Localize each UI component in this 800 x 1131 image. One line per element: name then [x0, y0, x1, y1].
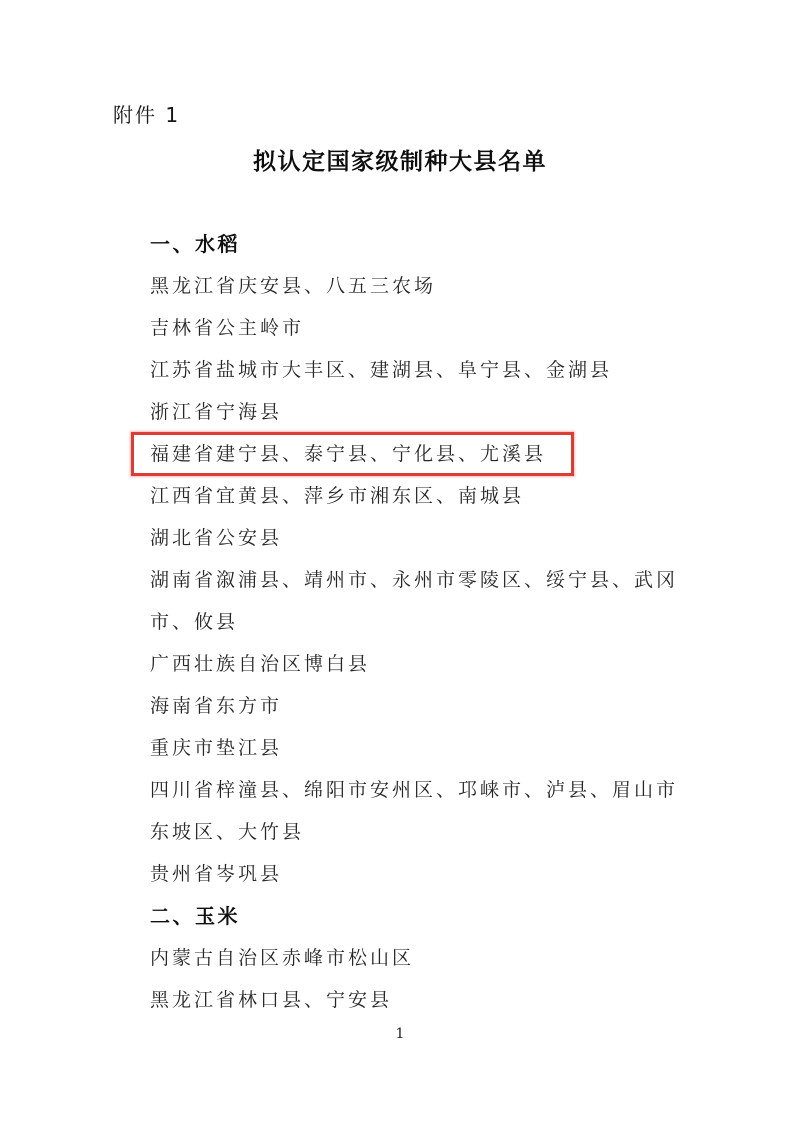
line-text: 内蒙古自治区赤峰市松山区	[150, 947, 414, 969]
list-line: 海南省东方市	[150, 685, 750, 727]
list-line: 重庆市垫江县	[150, 727, 750, 769]
list-line: 福建省建宁县、泰宁县、宁化县、尤溪县	[150, 433, 750, 475]
list-line: 四川省梓潼县、绵阳市安州区、邛崃市、泸县、眉山市	[150, 769, 750, 811]
list-line: 浙江省宁海县	[150, 391, 750, 433]
line-text: 湖北省公安县	[150, 527, 282, 549]
line-text: 湖南省溆浦县、靖州市、永州市零陵区、绥宁县、武冈	[150, 569, 678, 591]
list-line: 市、攸县	[150, 601, 750, 643]
line-text: 黑龙江省林口县、宁安县	[150, 989, 392, 1011]
line-text: 江苏省盐城市大丰区、建湖县、阜宁县、金湖县	[150, 359, 612, 381]
line-text: 贵州省岑巩县	[150, 863, 282, 885]
page-number: 1	[0, 1026, 800, 1042]
document-body: 一、水稻黑龙江省庆安县、八五三农场吉林省公主岭市江苏省盐城市大丰区、建湖县、阜宁…	[150, 223, 750, 1021]
line-text: 四川省梓潼县、绵阳市安州区、邛崃市、泸县、眉山市	[150, 779, 678, 801]
line-text: 吉林省公主岭市	[150, 317, 304, 339]
list-line: 湖南省溆浦县、靖州市、永州市零陵区、绥宁县、武冈	[150, 559, 750, 601]
line-text: 黑龙江省庆安县、八五三农场	[150, 275, 436, 297]
list-line: 湖北省公安县	[150, 517, 750, 559]
page-title: 拟认定国家级制种大县名单	[0, 143, 800, 176]
document-page: 附件 1 拟认定国家级制种大县名单 一、水稻黑龙江省庆安县、八五三农场吉林省公主…	[0, 0, 800, 1131]
line-text: 海南省东方市	[150, 695, 282, 717]
line-text: 重庆市垫江县	[150, 737, 282, 759]
section-heading: 二、玉米	[150, 895, 750, 937]
list-line: 东坡区、大竹县	[150, 811, 750, 853]
list-line: 黑龙江省林口县、宁安县	[150, 979, 750, 1021]
list-line: 黑龙江省庆安县、八五三农场	[150, 265, 750, 307]
line-text: 浙江省宁海县	[150, 401, 282, 423]
section-heading: 一、水稻	[150, 223, 750, 265]
list-line: 江西省宜黄县、萍乡市湘东区、南城县	[150, 475, 750, 517]
line-text: 广西壮族自治区博白县	[150, 653, 370, 675]
list-line: 吉林省公主岭市	[150, 307, 750, 349]
attachment-label: 附件 1	[113, 99, 180, 128]
list-line: 内蒙古自治区赤峰市松山区	[150, 937, 750, 979]
line-text: 福建省建宁县、泰宁县、宁化县、尤溪县	[150, 443, 546, 465]
line-text: 东坡区、大竹县	[150, 821, 304, 843]
list-line: 江苏省盐城市大丰区、建湖县、阜宁县、金湖县	[150, 349, 750, 391]
line-text: 江西省宜黄县、萍乡市湘东区、南城县	[150, 485, 524, 507]
line-text: 市、攸县	[150, 611, 238, 633]
list-line: 广西壮族自治区博白县	[150, 643, 750, 685]
list-line: 贵州省岑巩县	[150, 853, 750, 895]
